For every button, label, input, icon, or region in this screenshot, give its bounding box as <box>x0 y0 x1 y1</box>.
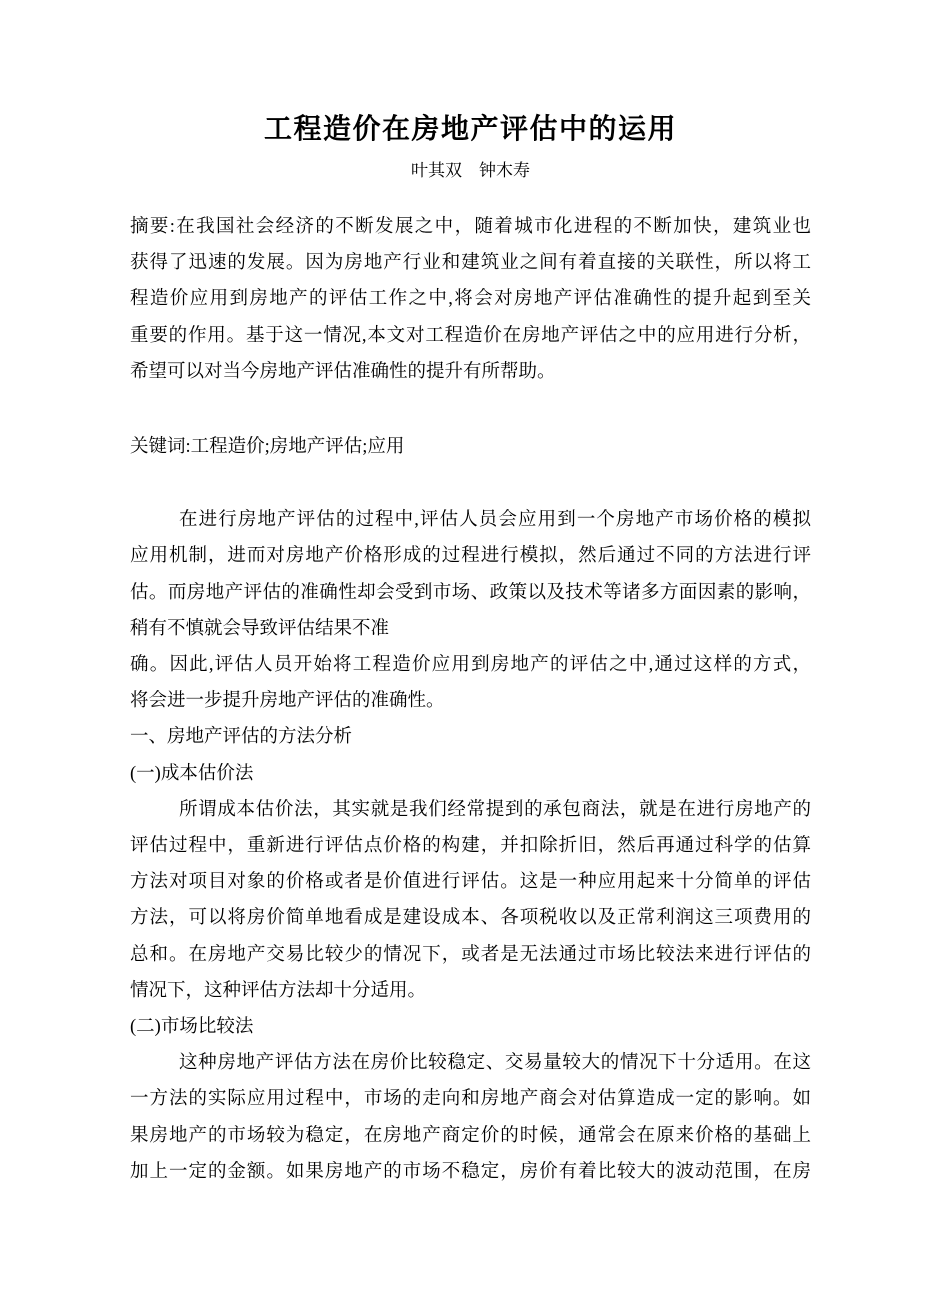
text-line: 在进行房地产评估的过程中,评估人员会应用到一个房地产市场价格的模拟 <box>130 502 811 538</box>
text-line: 方法，可以将房价简单地看成是建设成本、各项税收以及正常利润这三项费用的 <box>130 900 811 936</box>
text-line: 估。而房地产评估的准确性却会受到市场、政策以及技术等诸多方面因素的影响， <box>130 575 811 611</box>
subsection-heading-market-comparison: (二)市场比较法 <box>130 1009 811 1045</box>
text-line: 稍有不慎就会导致评估结果不准 <box>130 611 811 647</box>
text-line: 果房地产的市场较为稳定，在房地产商定价的时候，通常会在原来价格的基础上 <box>130 1118 811 1154</box>
text-line: 所谓成本估价法，其实就是我们经常提到的承包商法，就是在进行房地产的 <box>130 792 811 828</box>
section-heading-methods: 一、房地产评估的方法分析 <box>130 719 811 755</box>
text-line: 应用机制，进而对房地产价格形成的过程进行模拟，然后通过不同的方法进行评 <box>130 538 811 574</box>
text-line: 程造价应用到房地产的评估工作之中,将会对房地产评估准确性的提升起到至关 <box>130 281 811 317</box>
text-line: 希望可以对当今房地产评估准确性的提升有所帮助。 <box>130 354 811 390</box>
text-line: 获得了迅速的发展。因为房地产行业和建筑业之间有着直接的关联性，所以将工 <box>130 245 811 281</box>
document-page: 工程造价在房地产评估中的运用 叶其双 钟木寿 摘要:在我国社会经济的不断发展之中… <box>0 0 926 1309</box>
market-method-paragraph: 这种房地产评估方法在房价比较稳定、交易量较大的情况下十分适用。在这一方法的实际应… <box>130 1045 811 1190</box>
text-line: 评估过程中，重新进行评估点价格的构建，并扣除折旧，然后再通过科学的估算 <box>130 828 811 864</box>
text-line: 总和。在房地产交易比较少的情况下，或者是无法通过市场比较法来进行评估的 <box>130 937 811 973</box>
text-line: 方法对项目对象的价格或者是价值进行评估。这是一种应用起来十分简单的评估 <box>130 864 811 900</box>
document-authors: 叶其双 钟木寿 <box>130 158 811 184</box>
cost-method-paragraph: 所谓成本估价法，其实就是我们经常提到的承包商法，就是在进行房地产的评估过程中，重… <box>130 792 811 1009</box>
subsection-heading-cost-method: (一)成本估价法 <box>130 756 811 792</box>
text-line: 加上一定的金额。如果房地产的市场不稳定，房价有着比较大的波动范围，在房 <box>130 1154 811 1190</box>
text-line: 情况下，这种评估方法却十分适用。 <box>130 973 811 1009</box>
text-line: 确。因此,评估人员开始将工程造价应用到房地产的评估之中,通过这样的方式， <box>130 647 811 683</box>
text-line: 这种房地产评估方法在房价比较稳定、交易量较大的情况下十分适用。在这 <box>130 1045 811 1081</box>
keywords-line: 关键词:工程造价;房地产评估;应用 <box>130 429 811 465</box>
abstract-paragraph: 摘要:在我国社会经济的不断发展之中，随着城市化进程的不断加快，建筑业也获得了迅速… <box>130 209 811 390</box>
intro-paragraph: 在进行房地产评估的过程中,评估人员会应用到一个房地产市场价格的模拟应用机制，进而… <box>130 502 811 719</box>
text-line: 摘要:在我国社会经济的不断发展之中，随着城市化进程的不断加快，建筑业也 <box>130 209 811 245</box>
text-line: 将会进一步提升房地产评估的准确性。 <box>130 683 811 719</box>
text-line: 重要的作用。基于这一情况,本文对工程造价在房地产评估之中的应用进行分析， <box>130 318 811 354</box>
text-line: 一方法的实际应用过程中，市场的走向和房地产商会对估算造成一定的影响。如 <box>130 1081 811 1117</box>
document-title: 工程造价在房地产评估中的运用 <box>130 108 811 150</box>
